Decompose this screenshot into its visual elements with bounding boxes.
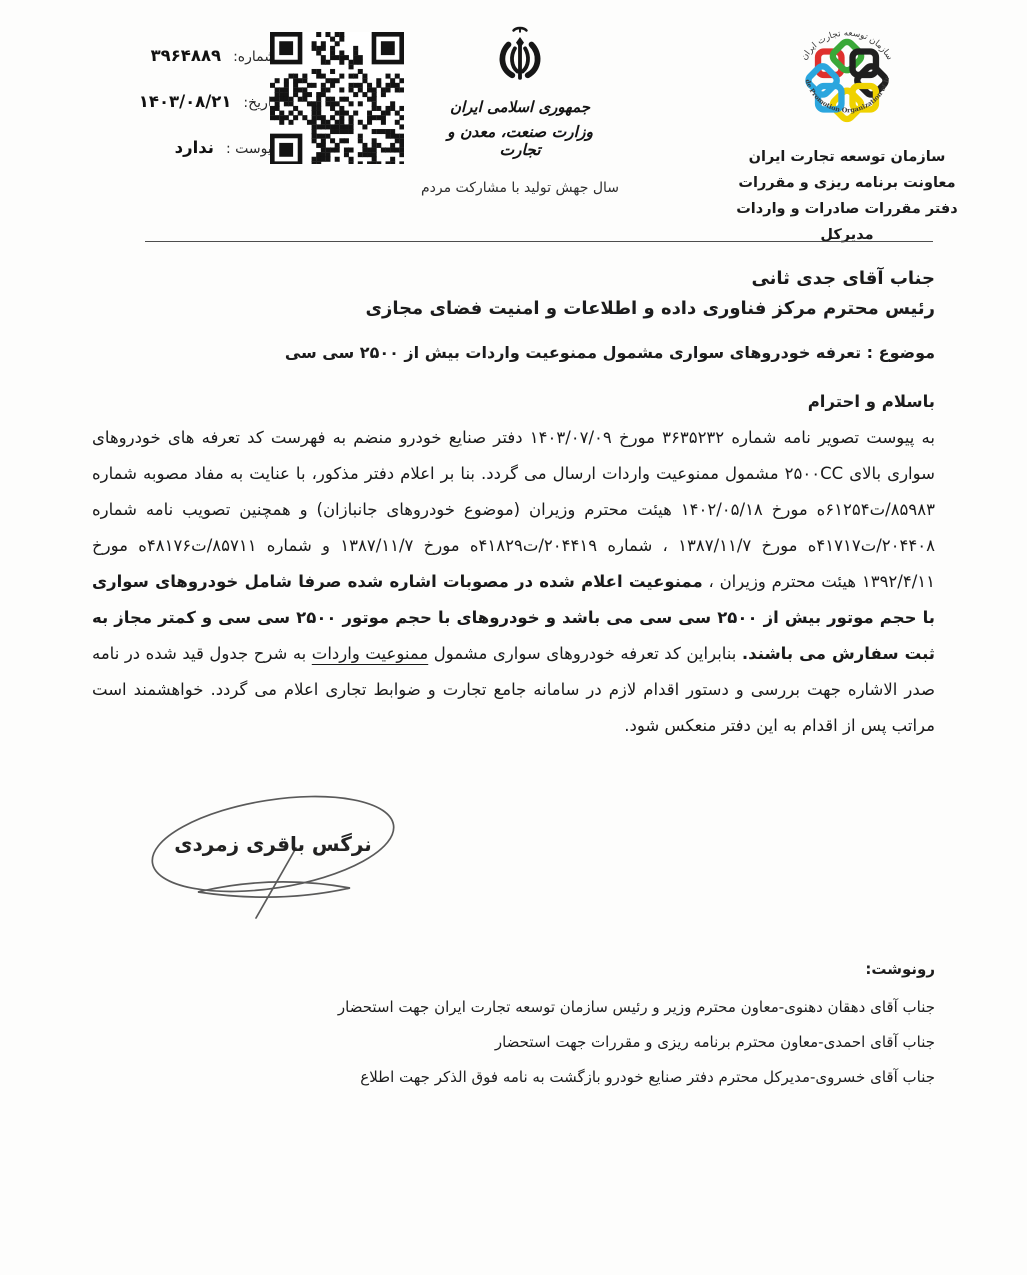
cc-list: جناب آقای دهقان دهنوی-معاون محترم وزیر و… — [92, 990, 935, 1095]
center-header: جمهوری اسلامی ایران وزارت صنعت، معدن و ت… — [430, 22, 610, 159]
org-title-line: سازمان توسعه تجارت ایران — [727, 144, 967, 170]
letter-content: جناب آقای جدی ثانی رئیس محترم مرکز فناور… — [92, 268, 935, 744]
body-text-segment: بنابراین کد تعرفه خودروهای سواری مشمول — [428, 644, 742, 663]
letter-body: به پیوست تصویر نامه شماره ۳۶۳۵۲۳۲ مورخ ۱… — [92, 420, 935, 744]
year-slogan: سال جهش تولید با مشارکت مردم — [400, 180, 640, 196]
addressee-name: جناب آقای جدی ثانی — [92, 268, 935, 289]
cc-item: جناب آقای دهقان دهنوی-معاون محترم وزیر و… — [92, 990, 935, 1025]
cc-title: رونوشت: — [92, 960, 935, 978]
cc-block: رونوشت: جناب آقای دهقان دهنوی-معاون محتر… — [92, 960, 935, 1095]
svg-text:سازمان توسعه تجارت ایران: سازمان توسعه تجارت ایران — [799, 28, 894, 62]
letter-attachment-row: پیوست : ندارد — [86, 138, 276, 184]
subject-line: موضوع : تعرفه خودروهای سواری مشمول ممنوع… — [92, 343, 935, 362]
meta-fields: شماره: ۳۹۶۴۸۸۹ تاریخ: ۱۴۰۳/۰۸/۲۱ پیوست :… — [86, 46, 276, 184]
org-header: سازمان توسعه تجارت ایران Trade Promotion… — [727, 18, 967, 248]
iran-emblem-icon — [488, 22, 552, 94]
cc-item: جناب آقای خسروی-مدیرکل محترم دفتر صنایع … — [92, 1060, 935, 1095]
signer-name: نرگس باقری زمردی — [128, 832, 418, 856]
ministry-name: وزارت صنعت، معدن و تجارت — [430, 123, 610, 159]
country-name: جمهوری اسلامی ایران — [430, 98, 610, 116]
body-text-segment: به پیوست تصویر نامه شماره ۳۶۳۵۲۳۲ مورخ ۱… — [92, 428, 935, 591]
body-text-segment: ممنوعیت واردات — [312, 644, 428, 663]
cc-item: جناب آقای احمدی-معاون محترم برنامه ریزی … — [92, 1025, 935, 1060]
letter-attachment-value: ندارد — [175, 138, 214, 157]
org-title-line: دفتر مقررات صادرات و واردات — [727, 196, 967, 222]
org-title-line: معاونت برنامه ریزی و مقررات — [727, 170, 967, 196]
letter-number-row: شماره: ۳۹۶۴۸۸۹ — [86, 46, 276, 92]
letter-attachment-label: پیوست : — [226, 141, 276, 157]
qr-code-image — [270, 32, 404, 164]
signature-block: نرگس باقری زمردی — [128, 786, 418, 931]
header-divider — [145, 241, 933, 242]
letter-date-row: تاریخ: ۱۴۰۳/۰۸/۲۱ — [86, 92, 276, 138]
tpo-logo-icon: سازمان توسعه تجارت ایران Trade Promotion… — [783, 18, 911, 140]
addressee-title: رئیس محترم مرکز فناوری داده و اطلاعات و … — [92, 298, 935, 319]
letter-date-value: ۱۴۰۳/۰۸/۲۱ — [139, 92, 232, 111]
qr-code — [270, 32, 404, 164]
org-title-lines: سازمان توسعه تجارت ایرانمعاونت برنامه ری… — [727, 144, 967, 248]
org-title-line: مدیرکل — [727, 222, 967, 248]
letter-page: شماره: ۳۹۶۴۸۸۹ تاریخ: ۱۴۰۳/۰۸/۲۱ پیوست :… — [0, 0, 1027, 1275]
salutation: باسلام و احترام — [92, 392, 935, 411]
signature-scribble-icon — [128, 786, 418, 931]
tpo-arc-top-text: سازمان توسعه تجارت ایران — [799, 28, 894, 62]
letter-number-value: ۳۹۶۴۸۸۹ — [151, 46, 222, 65]
